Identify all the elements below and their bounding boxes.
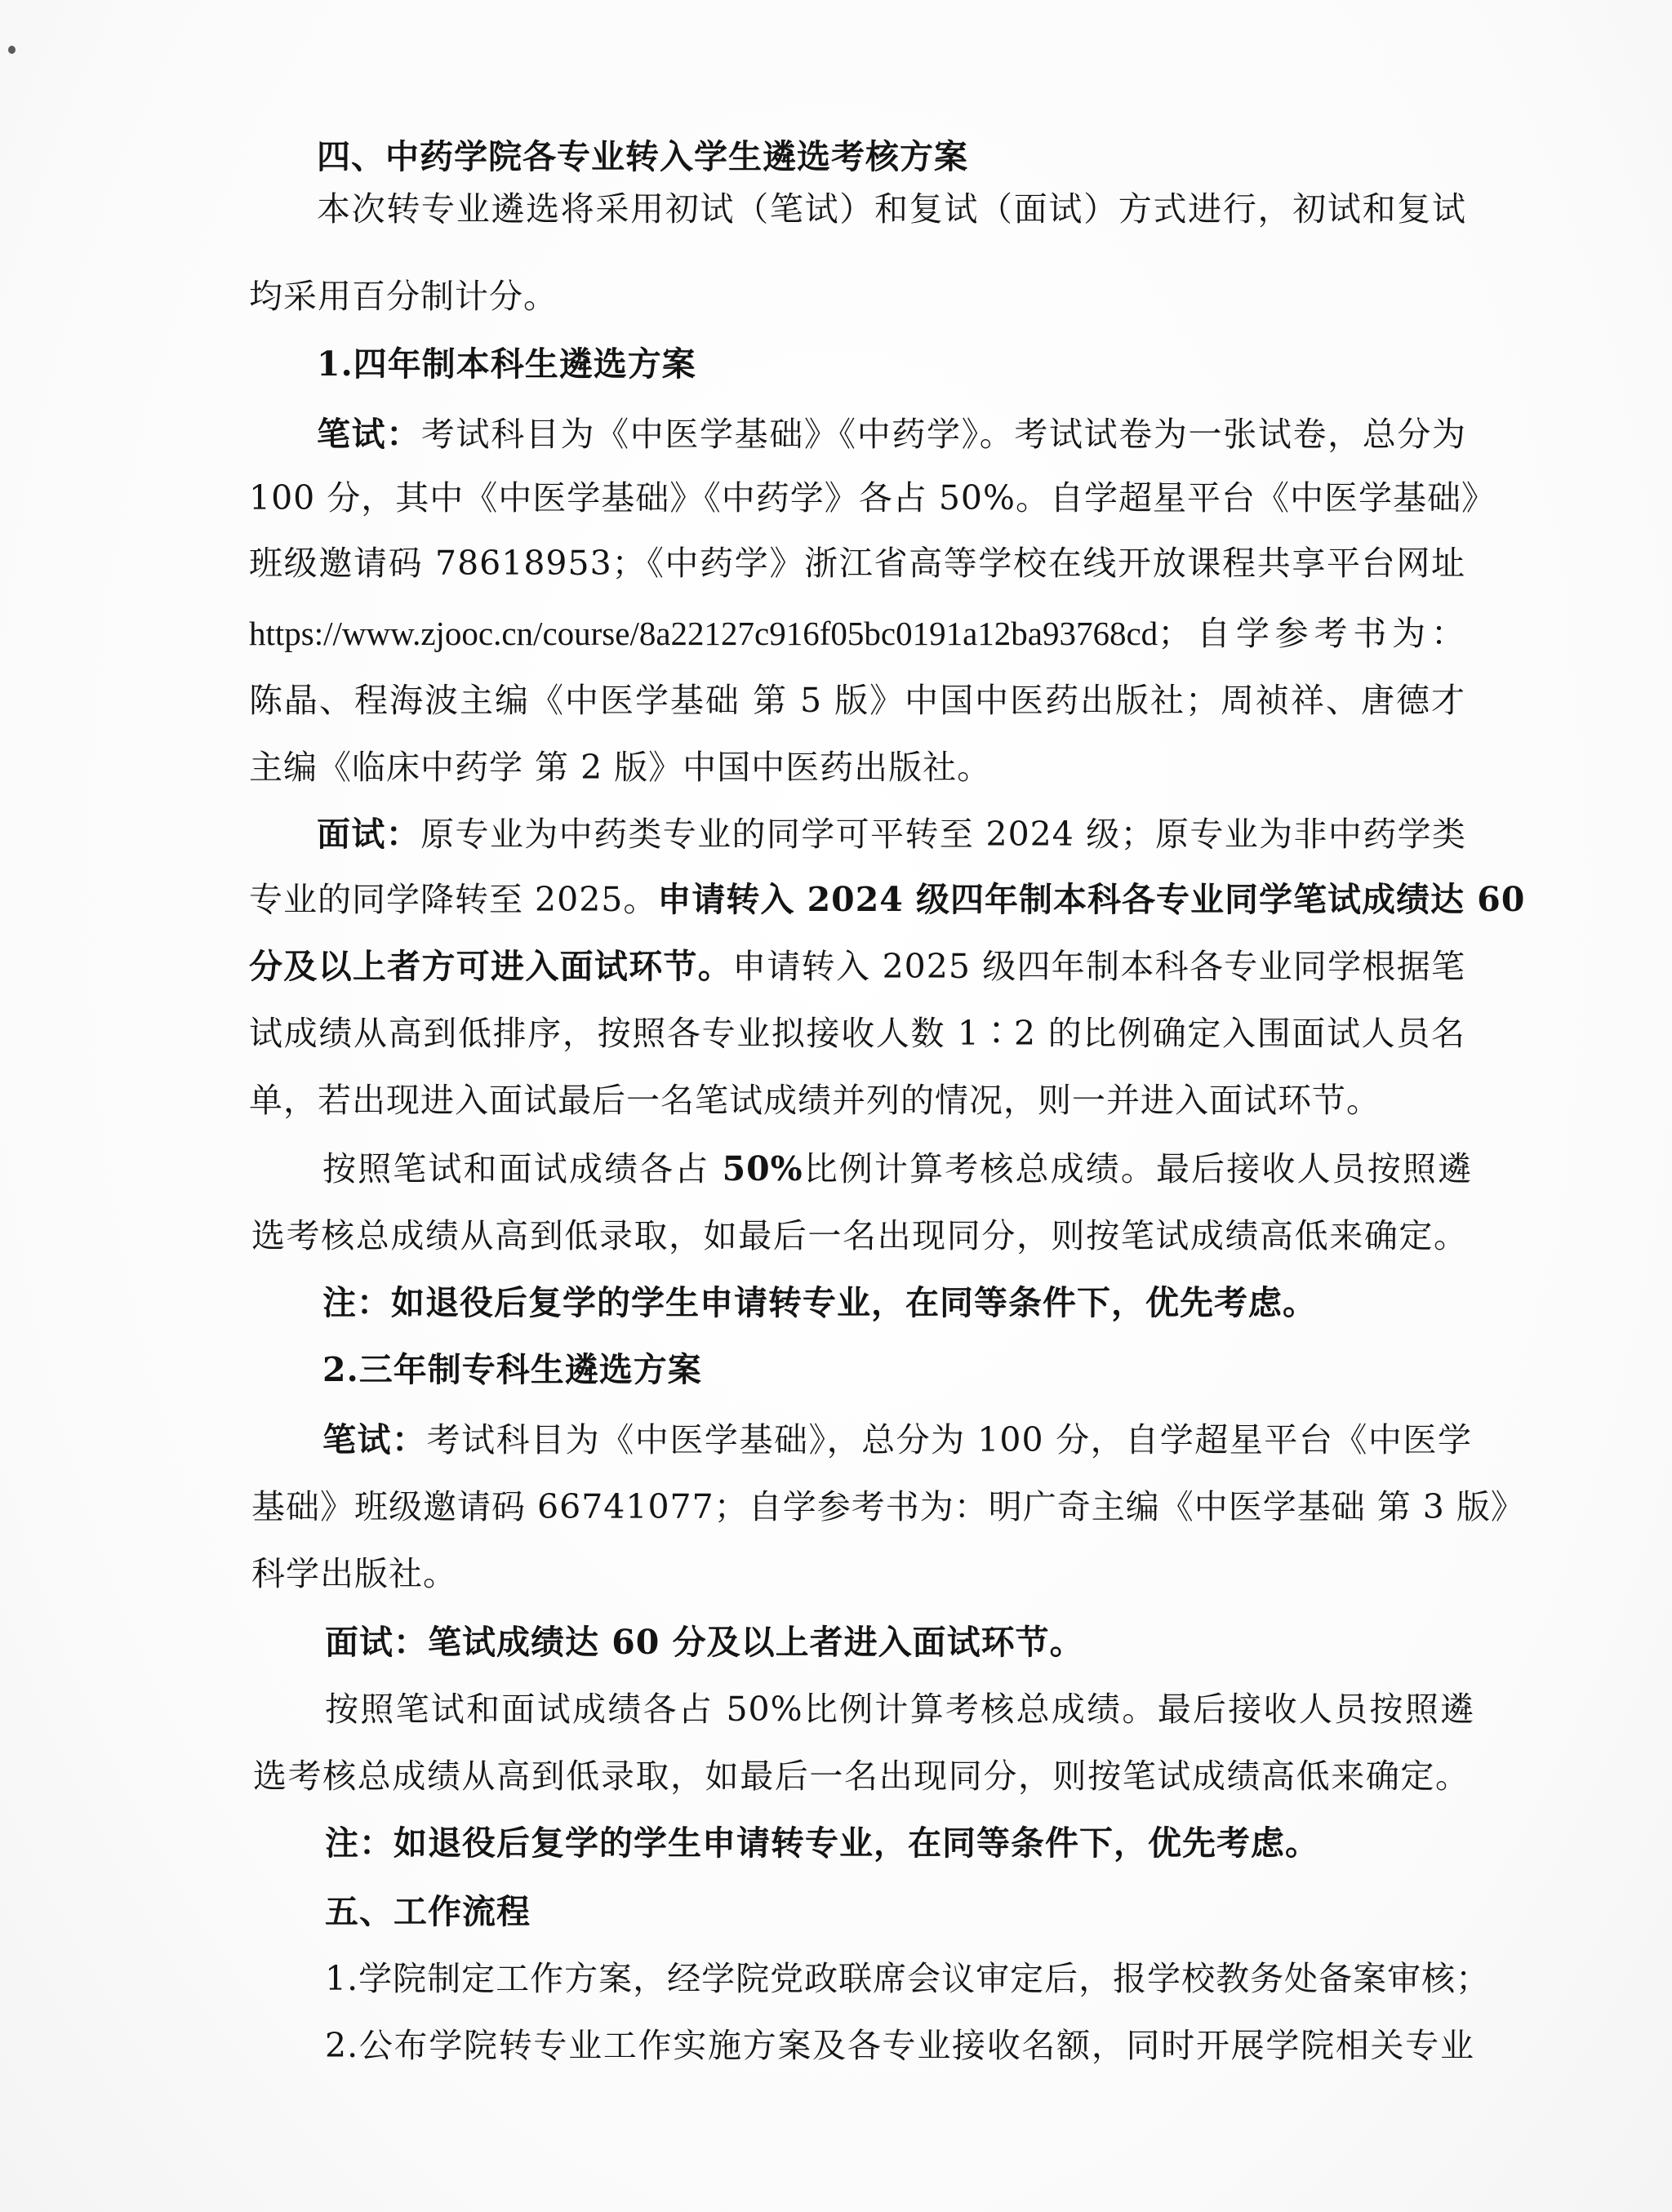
section-four-heading: 四、中药学院各专业转入学生遴选考核方案 — [317, 135, 968, 178]
plan-1-written-line-6: 主编《临床中药学 第 2 版》中国中医药出版社。 — [249, 746, 991, 788]
plan-1-written-line-3: 班级邀请码 78618953；《中药学》浙江省高等学校在线开放课程共享平台网址 — [249, 542, 1465, 584]
plan-2-written-line-2: 基础》班级邀请码 66741077；自学参考书为：明广奇主编《中医学基础 第 3… — [251, 1486, 1468, 1528]
interview-text: 专业的同学降转至 2025。 — [249, 880, 657, 919]
scan-speck — [8, 46, 16, 54]
section-five-heading: 五、工作流程 — [325, 1890, 531, 1933]
plan-1-heading: 1.四年制本科生遴选方案 — [317, 343, 696, 385]
interview-label: 面试： — [317, 815, 420, 854]
written-label: 笔试： — [317, 415, 421, 454]
plan-2-interview: 面试：笔试成绩达 60 分及以上者进入面试环节。 — [325, 1621, 1084, 1663]
scoring-text: 比例计算考核总成绩。最后接收人员按照遴 — [803, 1149, 1472, 1188]
plan-2-heading: 2.三年制专科生遴选方案 — [322, 1348, 702, 1391]
intro-line-1: 本次转专业遴选将采用初试（笔试）和复试（面试）方式进行，初试和复试 — [317, 188, 1466, 230]
interview-bold-text: 笔试成绩达 60 分及以上者进入面试环节。 — [428, 1623, 1084, 1662]
plan-2-scoring-line-1: 按照笔试和面试成绩各占 50%比例计算考核总成绩。最后接收人员按照遴 — [325, 1688, 1474, 1730]
plan-1-scoring-line-1: 按照笔试和面试成绩各占 50%比例计算考核总成绩。最后接收人员按照遴 — [322, 1148, 1472, 1190]
plan-1-scoring-line-2: 选考核总成绩从高到低录取，如最后一名出现同分，则按笔试成绩高低来确定。 — [251, 1215, 1468, 1257]
plan-2-written-line-1: 笔试：考试科目为《中医学基础》，总分为 100 分，自学超星平台《中医学 — [322, 1419, 1472, 1461]
plan-2-note: 注：如退役后复学的学生申请转专业，在同等条件下，优先考虑。 — [325, 1822, 1319, 1864]
written-text: 考试科目为《中医学基础》《中药学》。考试试卷为一张试卷，总分为 — [421, 415, 1466, 454]
interview-text: 申请转入 2025 级四年制本科各专业同学根据笔 — [732, 947, 1465, 986]
plan-1-interview-line-5: 单，若出现进入面试最后一名笔试成绩并列的情况，则一并进入面试环节。 — [249, 1079, 1381, 1122]
reference-books-label: ；自学参考书为： — [1158, 614, 1465, 653]
written-label: 笔试： — [322, 1420, 427, 1459]
plan-2-written-line-3: 科学出版社。 — [251, 1552, 457, 1595]
plan-1-interview-line-3: 分及以上者方可进入面试环节。申请转入 2025 级四年制本科各专业同学根据笔 — [249, 945, 1465, 988]
interview-label: 面试： — [325, 1623, 428, 1662]
course-url-link[interactable]: https://www.zjooc.cn/course/8a22127c916f… — [249, 615, 1158, 652]
document-page: 四、中药学院各专业转入学生遴选考核方案 本次转专业遴选将采用初试（笔试）和复试（… — [0, 0, 1672, 2212]
intro-line-2: 均采用百分制计分。 — [249, 275, 558, 318]
plan-1-note: 注：如退役后复学的学生申请转专业，在同等条件下，优先考虑。 — [322, 1281, 1317, 1324]
interview-bold-text: 分及以上者方可进入面试环节。 — [249, 947, 732, 986]
plan-1-written-line-1: 笔试：考试科目为《中医学基础》《中药学》。考试试卷为一张试卷，总分为 — [317, 413, 1466, 455]
plan-1-interview-line-4: 试成绩从高到低排序，按照各专业拟接收人数 1∶2 的比例确定入围面试人员名 — [249, 1012, 1465, 1055]
plan-1-interview-line-1: 面试：原专业为中药类专业的同学可平转至 2024 级；原专业为非中药学类 — [317, 813, 1466, 855]
interview-bold-text: 申请转入 2024 级四年制本科各专业同学笔试成绩达 60 — [657, 880, 1525, 919]
workflow-step-1: 1.学院制定工作方案，经学院党政联席会议审定后，报学校教务处备案审核； — [325, 1957, 1474, 2000]
plan-2-scoring-line-2: 选考核总成绩从高到低录取，如最后一名出现同分，则按笔试成绩高低来确定。 — [253, 1755, 1470, 1797]
workflow-step-2: 2.公布学院转专业工作实施方案及各专业接收名额，同时开展学院相关专业 — [325, 2024, 1474, 2067]
interview-text: 原专业为中药类专业的同学可平转至 2024 级；原专业为非中药学类 — [420, 815, 1466, 854]
plan-1-written-line-4: https://www.zjooc.cn/course/8a22127c916f… — [249, 612, 1465, 655]
written-text: 考试科目为《中医学基础》，总分为 100 分，自学超星平台《中医学 — [427, 1420, 1472, 1459]
plan-1-written-line-2: 100 分，其中《中医学基础》《中药学》各占 50%。自学超星平台《中医学基础》 — [249, 477, 1465, 519]
plan-1-interview-line-2: 专业的同学降转至 2025。申请转入 2024 级四年制本科各专业同学笔试成绩达… — [249, 878, 1465, 921]
plan-1-written-line-5: 陈晶、程海波主编《中医学基础 第 5 版》中国中医药出版社；周祯祥、唐德才 — [249, 679, 1465, 722]
scoring-bold-percent: 50% — [723, 1149, 803, 1188]
scoring-text: 按照笔试和面试成绩各占 — [322, 1149, 723, 1188]
